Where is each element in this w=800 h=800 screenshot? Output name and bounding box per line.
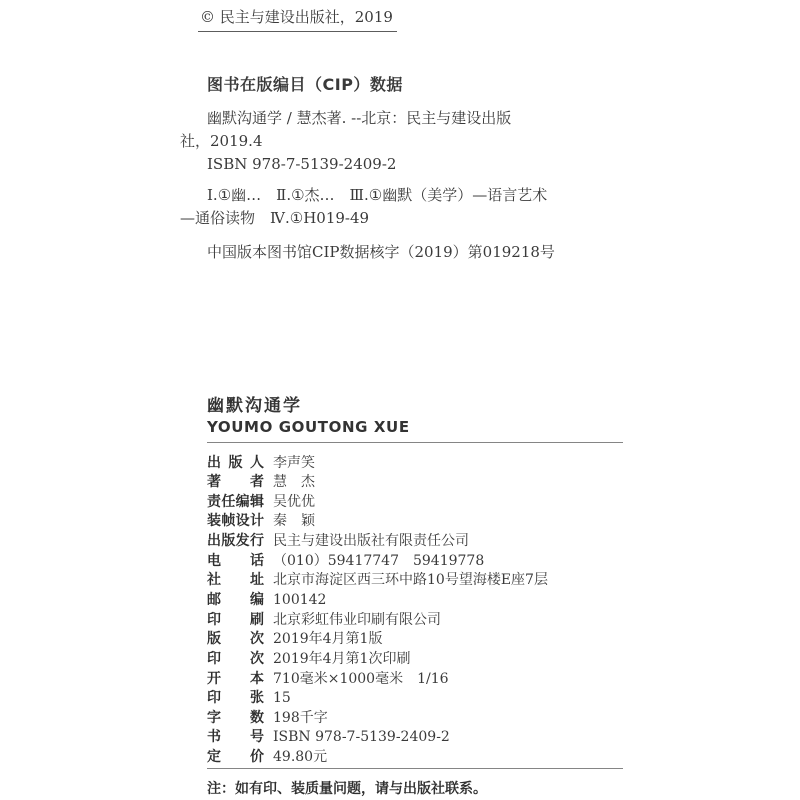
publication-details-list: 出版人 李声笑 著者 慧 杰 责任编辑 吴优优 装帧设计 秦 颖	[207, 452, 623, 766]
detail-label: 出版人	[207, 452, 264, 472]
publication-detail-row: 著者 慧 杰	[207, 471, 623, 491]
detail-label: 印刷	[207, 609, 264, 629]
detail-label: 印张	[207, 687, 264, 707]
copyright-page: © 民主与建设出版社，2019 图书在版编目（CIP）数据 幽默沟通学 / 慧杰…	[0, 0, 800, 800]
divider-bottom	[207, 768, 623, 769]
colophon-block: 幽默沟通学 YOUMO GOUTONG XUE 出版人 李声笑 著者 慧 杰 责…	[207, 396, 623, 798]
publication-detail-row: 印次 2019年4月第1次印刷	[207, 648, 623, 668]
detail-label: 版次	[207, 628, 264, 648]
publication-detail-row: 电话 （010）59417747 59419778	[207, 550, 623, 570]
detail-value: ISBN 978-7-5139-2409-2	[273, 729, 450, 745]
publication-detail-row: 邮编 100142	[207, 589, 623, 609]
detail-label: 社址	[207, 569, 264, 589]
cip-record-line: 幽默沟通学 / 慧杰著. --北京：民主与建设出版	[180, 107, 640, 130]
detail-label: 装帧设计	[207, 510, 264, 530]
cip-header: 图书在版编目（CIP）数据	[180, 74, 640, 95]
copyright-line: © 民主与建设出版社，2019	[198, 8, 397, 32]
cip-classification-line: —通俗读物 Ⅳ.①H019-49	[180, 207, 640, 230]
detail-value: （010）59417747 59419778	[273, 550, 484, 570]
publication-detail-row: 社址 北京市海淀区西三环中路10号望海楼E座7层	[207, 569, 623, 589]
detail-value: 北京市海淀区西三环中路10号望海楼E座7层	[273, 569, 548, 589]
detail-value: 民主与建设出版社有限责任公司	[273, 530, 469, 550]
detail-value: 2019年4月第1次印刷	[273, 648, 410, 668]
detail-value: 慧 杰	[273, 471, 315, 491]
cip-classification: Ⅰ.①幽… Ⅱ.①杰… Ⅲ.①幽默（美学）—语言艺术 —通俗读物 Ⅳ.①H019…	[180, 184, 640, 230]
detail-value: 15	[273, 690, 291, 706]
publication-detail-row: 装帧设计 秦 颖	[207, 510, 623, 530]
detail-value: 198千字	[273, 707, 328, 727]
detail-label: 定价	[207, 746, 264, 766]
publication-detail-row: 版次 2019年4月第1版	[207, 628, 623, 648]
detail-label: 邮编	[207, 589, 264, 609]
detail-value: 100142	[273, 592, 326, 608]
publication-detail-row: 字数 198千字	[207, 707, 623, 727]
detail-label: 出版发行	[207, 530, 264, 550]
cip-data-block: 图书在版编目（CIP）数据 幽默沟通学 / 慧杰著. --北京：民主与建设出版 …	[180, 74, 640, 264]
cip-classification-line: Ⅰ.①幽… Ⅱ.①杰… Ⅲ.①幽默（美学）—语言艺术	[180, 184, 640, 207]
detail-value: 李声笑	[273, 452, 315, 472]
divider-top	[207, 442, 623, 443]
publication-detail-row: 定价 49.80元	[207, 746, 623, 766]
publication-detail-row: 出版发行 民主与建设出版社有限责任公司	[207, 530, 623, 550]
detail-label: 书号	[207, 726, 264, 746]
detail-label: 印次	[207, 648, 264, 668]
cip-record-line: ISBN 978-7-5139-2409-2	[180, 153, 640, 176]
detail-value: 吴优优	[273, 491, 315, 511]
publication-detail-row: 责任编辑 吴优优	[207, 491, 623, 511]
quality-note: 注：如有印、装质量问题，请与出版社联系。	[207, 778, 623, 798]
publication-detail-row: 印张 15	[207, 687, 623, 707]
detail-label: 著者	[207, 471, 264, 491]
publication-detail-row: 出版人 李声笑	[207, 452, 623, 472]
detail-label: 电话	[207, 550, 264, 570]
cip-record-paragraph: 幽默沟通学 / 慧杰著. --北京：民主与建设出版 社，2019.4 ISBN …	[180, 107, 640, 176]
detail-label: 开本	[207, 668, 264, 688]
detail-value: 北京彩虹伟业印刷有限公司	[273, 609, 441, 629]
cip-record-line: 社，2019.4	[180, 130, 640, 153]
book-title-chinese: 幽默沟通学	[207, 396, 623, 416]
detail-value: 秦 颖	[273, 510, 315, 530]
book-title-pinyin: YOUMO GOUTONG XUE	[207, 418, 623, 437]
publication-detail-row: 开本 710毫米×1000毫米 1/16	[207, 668, 623, 688]
detail-value: 49.80元	[273, 746, 327, 766]
detail-value: 710毫米×1000毫米 1/16	[273, 668, 449, 688]
publication-detail-row: 书号 ISBN 978-7-5139-2409-2	[207, 726, 623, 746]
detail-label: 字数	[207, 707, 264, 727]
detail-label: 责任编辑	[207, 491, 264, 511]
cip-registry-line: 中国版本图书馆CIP数据核字（2019）第019218号	[180, 241, 640, 264]
publication-detail-row: 印刷 北京彩虹伟业印刷有限公司	[207, 609, 623, 629]
detail-value: 2019年4月第1版	[273, 628, 382, 648]
